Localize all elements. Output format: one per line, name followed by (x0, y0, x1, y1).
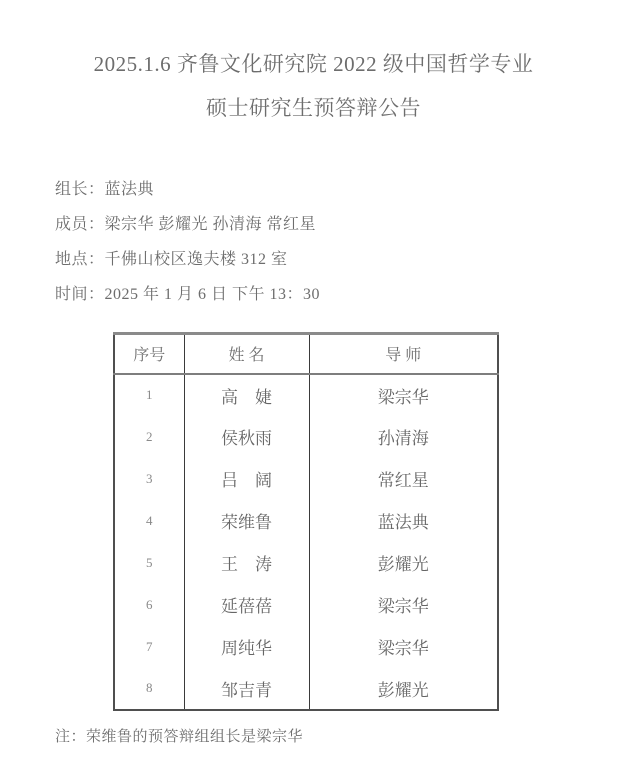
info-line-members: 成员：梁宗华 彭耀光 孙清海 常红星 (55, 207, 627, 242)
table-row: 3 吕 阔 常红星 (114, 458, 498, 500)
row-number: 3 (114, 458, 184, 500)
row-number: 6 (114, 584, 184, 626)
row-number: 7 (114, 626, 184, 668)
info-line-location: 地点：千佛山校区逸夫楼 312 室 (55, 242, 627, 277)
student-name: 侯秋雨 (184, 416, 309, 458)
title-line-2: 硕士研究生预答辩公告 (0, 86, 627, 130)
title-line-1: 2025.1.6 齐鲁文化研究院 2022 级中国哲学专业 (0, 42, 627, 86)
student-name: 荣维鲁 (184, 500, 309, 542)
advisor-name: 梁宗华 (309, 374, 498, 416)
header-serial-number: 序号 (114, 334, 184, 374)
table-row: 5 王 涛 彭耀光 (114, 542, 498, 584)
row-number: 8 (114, 668, 184, 710)
row-number: 1 (114, 374, 184, 416)
student-name: 延蓓蓓 (184, 584, 309, 626)
row-number: 4 (114, 500, 184, 542)
table-row: 1 高 婕 梁宗华 (114, 374, 498, 416)
footnote: 注：荣维鲁的预答辩组组长是梁宗华 (55, 725, 627, 746)
table-row: 7 周纯华 梁宗华 (114, 626, 498, 668)
advisor-name: 彭耀光 (309, 668, 498, 710)
table-row: 6 延蓓蓓 梁宗华 (114, 584, 498, 626)
row-number: 5 (114, 542, 184, 584)
document-page: 2025.1.6 齐鲁文化研究院 2022 级中国哲学专业 硕士研究生预答辩公告… (0, 0, 627, 772)
advisor-name: 蓝法典 (309, 500, 498, 542)
student-name: 王 涛 (184, 542, 309, 584)
table-row: 4 荣维鲁 蓝法典 (114, 500, 498, 542)
advisor-name: 彭耀光 (309, 542, 498, 584)
page-title: 2025.1.6 齐鲁文化研究院 2022 级中国哲学专业 硕士研究生预答辩公告 (0, 0, 627, 130)
table-row: 2 侯秋雨 孙清海 (114, 416, 498, 458)
advisor-name: 梁宗华 (309, 584, 498, 626)
header-advisor: 导 师 (309, 334, 498, 374)
table-row: 8 邹吉青 彭耀光 (114, 668, 498, 710)
table-header-row: 序号 姓 名 导 师 (114, 334, 498, 374)
student-name: 周纯华 (184, 626, 309, 668)
header-student-name: 姓 名 (184, 334, 309, 374)
info-block: 组长：蓝法典 成员：梁宗华 彭耀光 孙清海 常红星 地点：千佛山校区逸夫楼 31… (55, 172, 627, 312)
row-number: 2 (114, 416, 184, 458)
advisor-name: 孙清海 (309, 416, 498, 458)
info-line-group-leader: 组长：蓝法典 (55, 172, 627, 207)
info-line-time: 时间：2025 年 1 月 6 日 下午 13：30 (55, 277, 627, 312)
student-name: 高 婕 (184, 374, 309, 416)
student-name: 邹吉青 (184, 668, 309, 710)
advisor-name: 常红星 (309, 458, 498, 500)
student-name: 吕 阔 (184, 458, 309, 500)
advisor-name: 梁宗华 (309, 626, 498, 668)
roster-table: 序号 姓 名 导 师 1 高 婕 梁宗华 2 侯秋雨 孙清海 3 吕 阔 常红星 (113, 332, 499, 711)
